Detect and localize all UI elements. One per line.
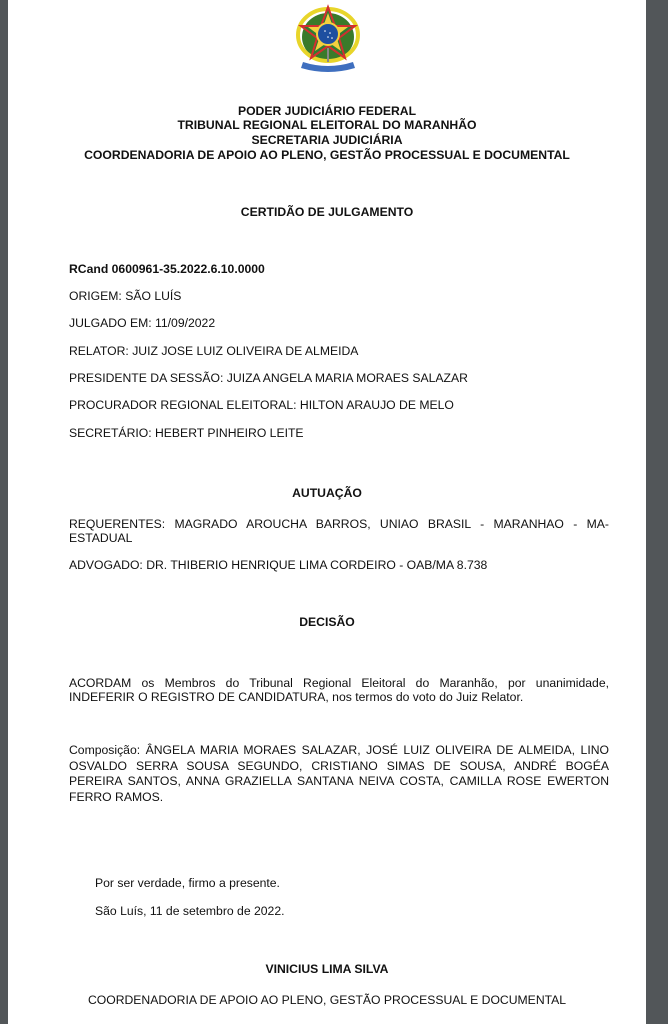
julgado-em: JULGADO EM: 11/09/2022 [69, 316, 215, 330]
relator: RELATOR: JUIZ JOSE LUIZ OLIVEIRA DE ALME… [69, 344, 358, 358]
presidente-sessao: PRESIDENTE DA SESSÃO: JUIZA ANGELA MARIA… [69, 371, 468, 385]
document-page: PODER JUDICIÁRIO FEDERAL TRIBUNAL REGION… [8, 0, 646, 1024]
header-line-4: COORDENADORIA DE APOIO AO PLENO, GESTÃO … [8, 148, 646, 162]
place-date: São Luís, 11 de setembro de 2022. [95, 904, 285, 918]
closing-statement: Por ser verdade, firmo a presente. [95, 876, 280, 890]
requerentes: REQUERENTES: MAGRADO AROUCHA BARROS, UNI… [69, 517, 609, 545]
composicao: Composição: ÂNGELA MARIA MORAES SALAZAR,… [69, 743, 609, 805]
document-title: CERTIDÃO DE JULGAMENTO [8, 205, 646, 219]
decisao-text: ACORDAM os Membros do Tribunal Regional … [69, 676, 609, 704]
header-line-1: PODER JUDICIÁRIO FEDERAL [8, 104, 646, 118]
signer-unit: COORDENADORIA DE APOIO AO PLENO, GESTÃO … [8, 993, 646, 1007]
header-line-3: SECRETARIA JUDICIÁRIA [8, 133, 646, 147]
decisao-heading: DECISÃO [8, 615, 646, 629]
autuacao-heading: AUTUAÇÃO [8, 486, 646, 500]
process-number: RCand 0600961-35.2022.6.10.0000 [69, 262, 265, 276]
origem: ORIGEM: SÃO LUÍS [69, 289, 181, 303]
signer-name: VINICIUS LIMA SILVA [8, 962, 646, 976]
procurador: PROCURADOR REGIONAL ELEITORAL: HILTON AR… [69, 398, 454, 412]
brazil-coat-of-arms-icon [295, 4, 361, 72]
advogado: ADVOGADO: DR. THIBERIO HENRIQUE LIMA COR… [69, 558, 487, 572]
secretario: SECRETÁRIO: HEBERT PINHEIRO LEITE [69, 426, 304, 440]
header-line-2: TRIBUNAL REGIONAL ELEITORAL DO MARANHÃO [8, 118, 646, 132]
